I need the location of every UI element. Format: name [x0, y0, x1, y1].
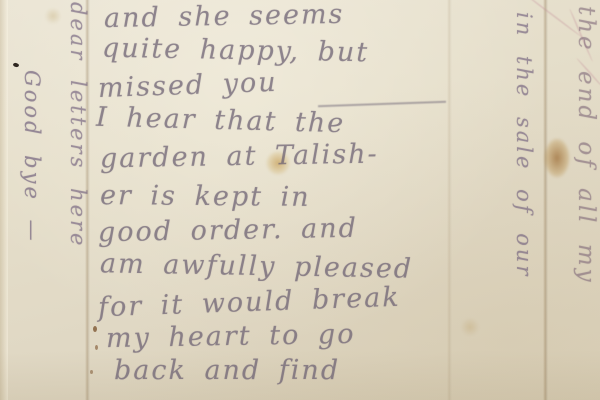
margin-note-right-outer: the end of all my [574, 6, 597, 285]
letter-page: and she seems quite happy, but missed yo… [0, 0, 600, 400]
letter-line: am awfully pleased [100, 250, 414, 285]
margin-note-left-inner: dear letters here [67, 2, 88, 248]
letter-line: I hear that the [96, 104, 346, 141]
paper-edge [0, 0, 8, 400]
margin-note-right-inner: in the sale of our [513, 12, 534, 278]
stain-large [544, 138, 570, 178]
letter-line: for it would break [98, 284, 402, 325]
letter-line: missed you [98, 69, 279, 105]
letter-line: good order. and [98, 215, 358, 250]
fold-crease-right [543, 0, 548, 400]
fold-crease-center [447, 0, 452, 400]
letter-line: er is kept in [100, 182, 311, 214]
letter-line: my heart to go [106, 321, 356, 355]
letter-line: back and find [114, 357, 340, 387]
paper-speck [93, 326, 97, 332]
stain-faint [44, 8, 62, 24]
underline-mark [318, 101, 446, 107]
letter-line: and she seems [104, 1, 345, 35]
margin-note-left-outer: Good bye — [21, 70, 42, 244]
ink-speck [13, 62, 20, 67]
stain-faint [460, 318, 480, 336]
letter-line: garden at Talish- [100, 141, 379, 176]
letter-line: quite happy, but [102, 35, 370, 70]
